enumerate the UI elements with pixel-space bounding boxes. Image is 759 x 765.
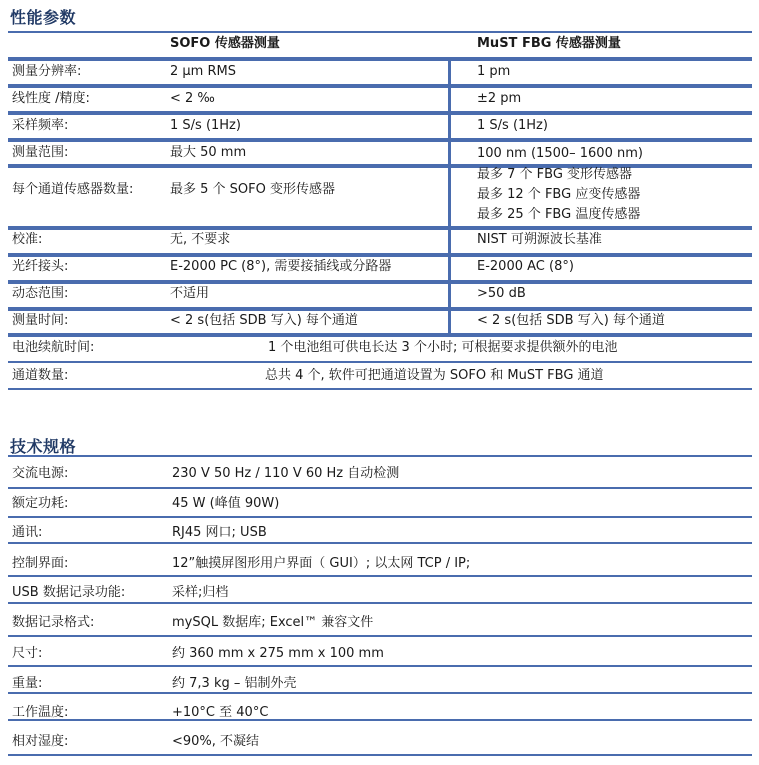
fbg-value: E-2000 AC (8°) (477, 258, 574, 276)
divider (8, 719, 752, 721)
header-sofo: SOFO 传感器测量 (170, 35, 280, 53)
sofo-value: < 2 ‰ (170, 90, 215, 108)
divider (8, 253, 752, 257)
divider (8, 57, 752, 61)
fbg-value: 1 pm (477, 63, 510, 81)
spec-value: 230 V 50 Hz / 110 V 60 Hz 自动检测 (172, 465, 399, 483)
divider (8, 307, 752, 311)
spec-value: 45 W (峰值 90W) (172, 495, 279, 513)
spec-label: 交流电源: (12, 465, 68, 483)
sofo-value: 不适用 (170, 285, 209, 303)
divider (8, 487, 752, 489)
fbg-value: NIST 可朔源波长基准 (477, 231, 602, 249)
divider (8, 635, 752, 637)
row-label: 通道数量: (12, 367, 68, 385)
divider (8, 361, 752, 363)
spec-value: 12”触摸屏图形用户界面（ GUI）; 以太网 TCP / IP; (172, 555, 470, 573)
divider (8, 333, 752, 337)
divider (8, 692, 752, 694)
fbg-value-line: 最多 25 个 FBG 温度传感器 (477, 206, 640, 224)
fbg-value: >50 dB (477, 285, 526, 303)
header-fbg: MuST FBG 传感器测量 (477, 35, 621, 53)
sofo-value: 2 µm RMS (170, 63, 236, 81)
divider (8, 575, 752, 577)
divider (8, 388, 752, 390)
spec-value: <90%, 不凝结 (172, 733, 259, 751)
fbg-value: 1 S/s (1Hz) (477, 117, 548, 135)
divider (8, 665, 752, 667)
sofo-value: 1 S/s (1Hz) (170, 117, 241, 135)
sofo-value: E-2000 PC (8°), 需要接插线或分路器 (170, 258, 391, 276)
divider (8, 516, 752, 518)
row-label: 采样频率: (12, 117, 68, 135)
row-label: 光纤接头: (12, 258, 68, 276)
sofo-value: 无, 不要求 (170, 231, 230, 249)
sofo-value: < 2 s(包括 SDB 写入) 每个通道 (170, 312, 358, 330)
spec-label: 尺寸: (12, 645, 42, 663)
divider (8, 226, 752, 230)
sofo-value: 最大 50 mm (170, 144, 246, 162)
fbg-value: ±2 pm (477, 90, 521, 108)
row-label: 校准: (12, 231, 42, 249)
spec-label: 额定功耗: (12, 495, 68, 513)
specs-title: 技术规格 (10, 434, 76, 457)
fbg-value: < 2 s(包括 SDB 写入) 每个通道 (477, 312, 665, 330)
combined-value: 1 个电池组可供电长达 3 个小时; 可根据要求提供额外的电池 (268, 339, 617, 357)
fbg-value: 100 nm (1500– 1600 nm) (477, 145, 643, 163)
divider (8, 138, 752, 142)
row-label: 线性度 /精度: (12, 90, 90, 108)
column-divider (448, 57, 451, 336)
divider (8, 164, 752, 168)
spec-value: 采样;归档 (172, 584, 228, 602)
row-label: 测量时间: (12, 312, 68, 330)
spec-label: 数据记录格式: (12, 614, 94, 632)
spec-value: mySQL 数据库; Excel™ 兼容文件 (172, 614, 373, 632)
spec-value: RJ45 网口; USB (172, 524, 267, 542)
divider (8, 31, 752, 33)
row-label: 动态范围: (12, 285, 68, 303)
spec-label: 相对湿度: (12, 733, 68, 751)
spec-value: 约 7,3 kg – 铝制外壳 (172, 675, 296, 693)
divider (8, 754, 752, 756)
spec-label: USB 数据记录功能: (12, 584, 125, 602)
divider (8, 111, 752, 115)
fbg-value-line: 最多 12 个 FBG 应变传感器 (477, 186, 640, 204)
divider (8, 280, 752, 284)
divider (8, 455, 752, 457)
divider (8, 84, 752, 88)
spec-label: 重量: (12, 675, 42, 693)
performance-title: 性能参数 (10, 5, 76, 28)
row-label: 电池续航时间: (12, 339, 94, 357)
fbg-value-line: 最多 7 个 FBG 变形传感器 (477, 166, 632, 184)
combined-value: 总共 4 个, 软件可把通道设置为 SOFO 和 MuST FBG 通道 (265, 367, 604, 385)
spec-value: 约 360 mm x 275 mm x 100 mm (172, 645, 384, 663)
sofo-value: 最多 5 个 SOFO 变形传感器 (170, 181, 335, 199)
row-label: 测量分辨率: (12, 63, 81, 81)
spec-label: 控制界面: (12, 555, 68, 573)
row-label: 测量范围: (12, 144, 68, 162)
spec-label: 通讯: (12, 524, 42, 542)
divider (8, 602, 752, 604)
divider (8, 542, 752, 544)
row-label: 每个通道传感器数量: (12, 181, 133, 199)
